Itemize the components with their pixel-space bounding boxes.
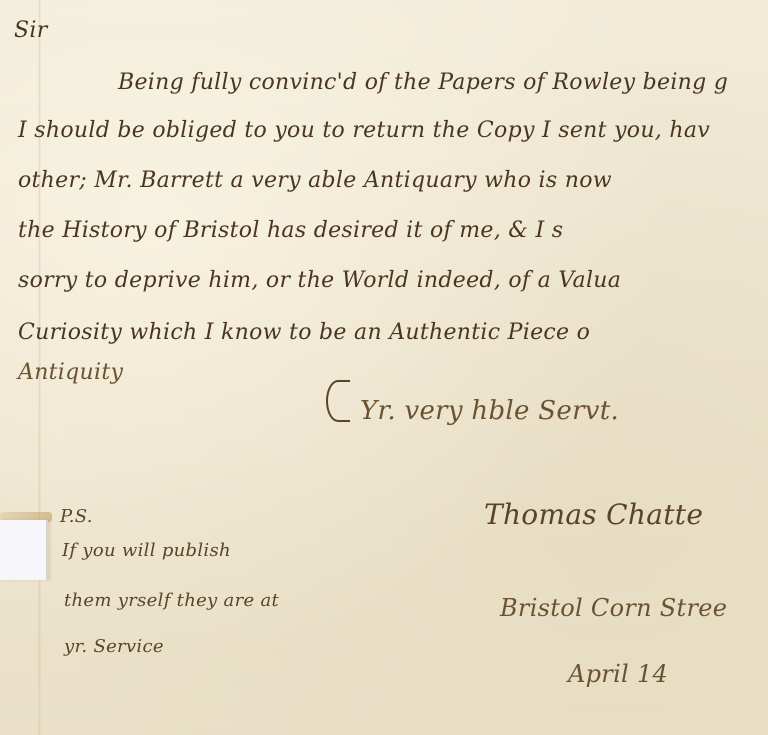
body-line-5: sorry to deprive him, or the World indee… (18, 268, 621, 293)
body-line-3: other; Mr. Barrett a very able Antiquary… (18, 168, 612, 193)
postscript-line-1: If you will publish (62, 540, 231, 561)
body-line-2: I should be obliged to you to return the… (18, 118, 710, 143)
salutation: Sir (14, 18, 48, 43)
postscript-line-3: yr. Service (64, 636, 164, 657)
date: April 14 (568, 660, 668, 688)
body-line-1: Being fully convinc'd of the Papers of R… (118, 70, 728, 95)
address: Bristol Corn Stree (500, 594, 727, 622)
postscript-line-2: them yrself they are at (64, 590, 279, 611)
postscript-label: P.S. (60, 506, 93, 527)
closing-flourish (326, 380, 350, 422)
signature: Thomas Chatte (484, 498, 703, 531)
body-line-4: the History of Bristol has desired it of… (18, 218, 563, 243)
closing: Yr. very hble Servt. (360, 396, 619, 426)
paper-tear (0, 520, 48, 580)
body-line-7: Antiquity (18, 360, 123, 385)
body-line-6: Curiosity which I know to be an Authenti… (18, 320, 590, 345)
